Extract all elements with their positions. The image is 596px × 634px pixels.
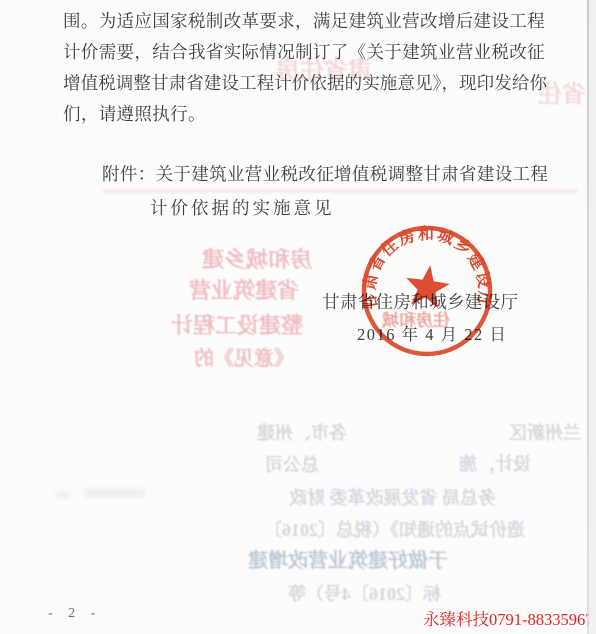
bleedthrough-text: 于做好建筑业营改增建	[248, 544, 448, 573]
scan-edge-line	[587, 0, 589, 634]
body-text-line: 们，请遵照执行。	[63, 101, 206, 126]
scanned-document-page: 肃省住房 省住 围。为适应国家税制改革要求，满足建筑业营改增后建设工程 计价需要…	[0, 0, 596, 634]
bleedthrough-text: 兰州新区	[509, 419, 581, 445]
red-watermark: 永臻科技0791-88335967	[423, 606, 594, 630]
seal-graphic: 甘肃省住房和城乡建设厅	[360, 224, 494, 358]
bleedthrough-text: 造价试点的通知》（税总〔2016〕	[264, 516, 525, 542]
bleedthrough-text: 务总局 省发展改革委 财政	[289, 484, 496, 510]
body-text-line: 计价需要，结合我省实际情况制订了《关于建筑业营业税改征	[63, 39, 545, 64]
body-text-line: 围。为适应国家税制改革要求，满足建筑业营改增后建设工程	[63, 8, 545, 33]
bleedthrough-text: 设计，施	[459, 450, 531, 476]
official-seal: 甘肃省住房和城乡建设厅 住房和城	[360, 224, 494, 358]
bleedthrough-text: 《意见》的	[194, 342, 294, 371]
scan-smudge	[85, 489, 145, 497]
body-text-line: 增值税调整甘肃省建设工程计价依据的实施意见》，现印发给你	[63, 70, 547, 95]
page-number: - 2 -	[48, 606, 101, 622]
attachment-line: 附件：关于建筑业营业税改征增值税调整甘肃省建设工程	[102, 161, 548, 186]
bleedthrough-text: 房和城乡建	[202, 243, 312, 274]
bleedthrough-text: 总公司	[265, 451, 319, 477]
scan-smudge	[56, 492, 70, 498]
bleedthrough-text: 各市、州建	[257, 419, 347, 445]
bleedthrough-text: 整建设工程计	[171, 309, 303, 340]
bleedthrough-text: 标〔2016〕4号）等	[288, 580, 441, 606]
seal-star-icon	[406, 265, 449, 308]
seal-ghost-bleedthrough: 住房和城	[382, 306, 450, 331]
scan-edge-shadow	[589, 0, 596, 634]
attachment-line: 计价依据的实施意见	[150, 195, 335, 220]
bleedthrough-text: 省建筑业营	[189, 274, 299, 305]
ink-smear	[103, 189, 578, 193]
